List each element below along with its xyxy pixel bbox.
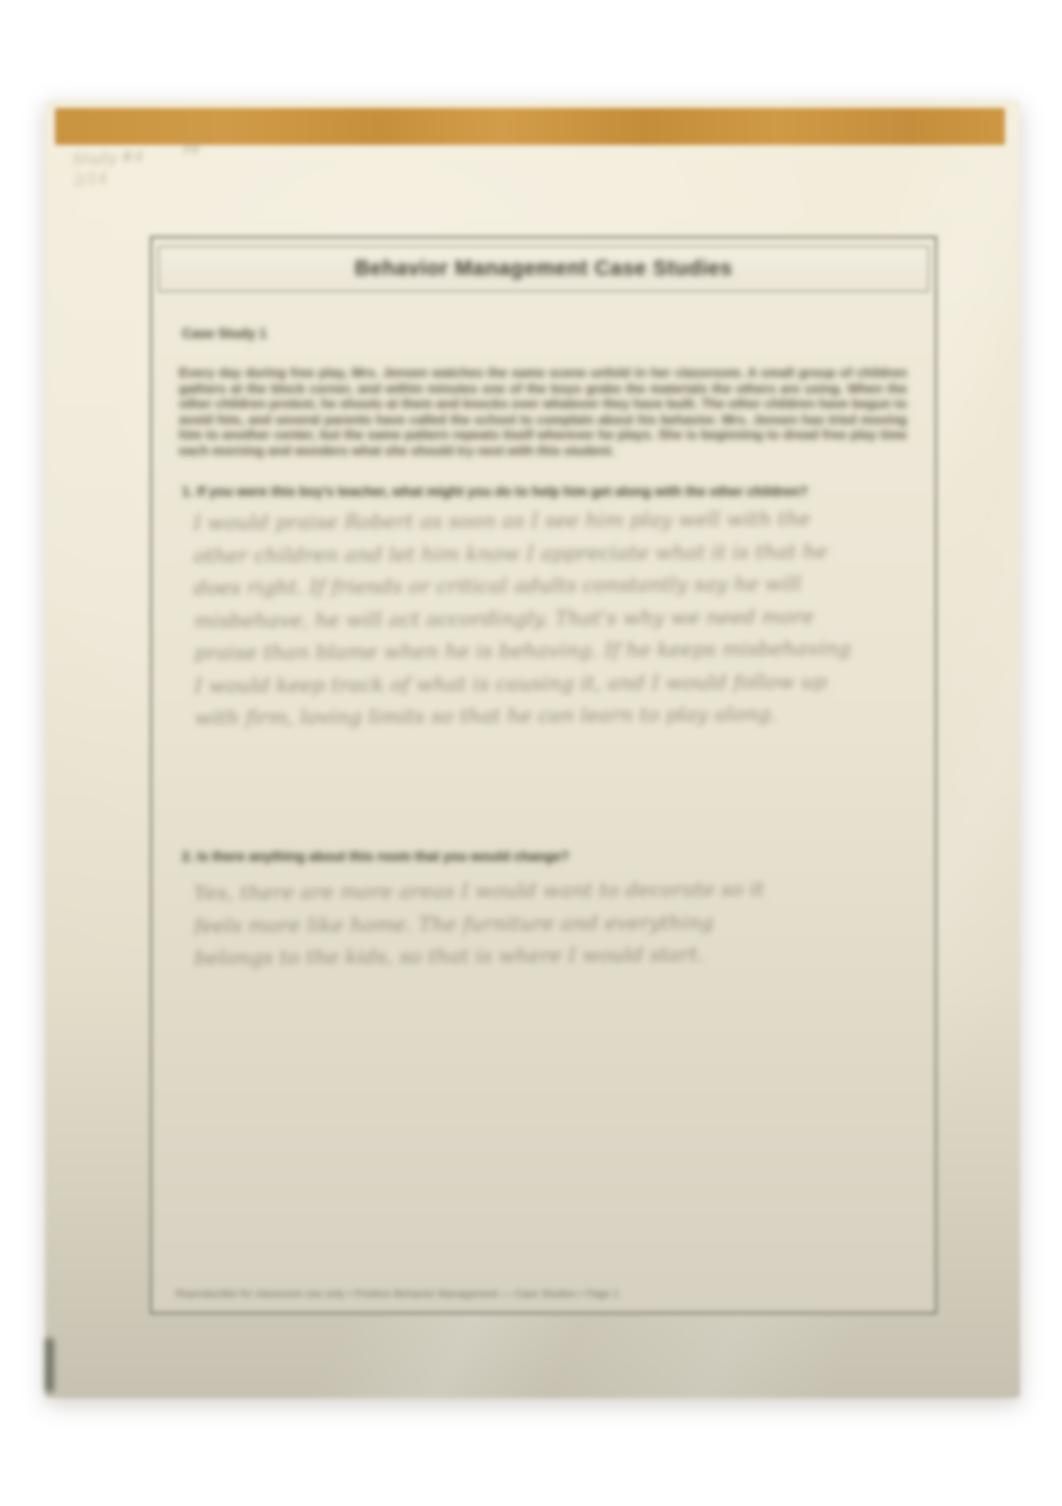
answer1-line: I would praise Robert as soon as I see h… [193, 502, 903, 539]
corner-note-line2: 2/14 [73, 166, 145, 190]
answer1-line: misbehave, he will act accordingly. That… [194, 599, 904, 636]
pencil-corner-note: Study #4 2/14 [72, 146, 145, 190]
worksheet-box: Behavior Management Case Studies Case St… [150, 236, 937, 1314]
corner-note-line1: Study #4 [72, 146, 144, 170]
answer2-line: feels more like home. The furniture and … [194, 904, 904, 941]
question-2-handwritten-answer: Yes, there are more areas I would want t… [194, 872, 905, 974]
question-2-label: 2. Is there anything about this room tha… [182, 849, 569, 864]
answer1-line: does right. If friends or critical adult… [194, 567, 904, 604]
title-banner: Behavior Management Case Studies [158, 246, 929, 292]
question-1-handwritten-answer: I would praise Robert as soon as I see h… [193, 502, 905, 734]
worksheet-footer: Reproducible for classroom use only • Po… [176, 1289, 619, 1300]
question-1-label: 1. If you were this boy's teacher, what … [182, 484, 808, 499]
answer1-line: I would keep track of what is causing it… [194, 664, 904, 701]
worksheet-title: Behavior Management Case Studies [355, 257, 733, 281]
photo-of-worksheet: Study #4 2/14 pg Behavior Management Cas… [0, 0, 1062, 1506]
answer1-line: with firm, loving limits so that he can … [195, 697, 905, 734]
answer1-line: praise than blame when he is behaving. I… [194, 632, 904, 669]
answer2-line: belongs to the kids, so that is where I … [194, 937, 904, 974]
answer1-line: other children and let him know I apprec… [193, 534, 903, 571]
dark-edge-smudge [45, 1338, 54, 1392]
pencil-corner-tick: pg [183, 140, 200, 155]
paper-sheet: Study #4 2/14 pg Behavior Management Cas… [45, 100, 1020, 1398]
answer2-line: Yes, there are more areas I would want t… [194, 872, 904, 909]
case-intro-paragraph: Every day during free play, Mrs. Jensen … [179, 365, 907, 458]
case-study-label: Case Study 1 [182, 326, 267, 341]
